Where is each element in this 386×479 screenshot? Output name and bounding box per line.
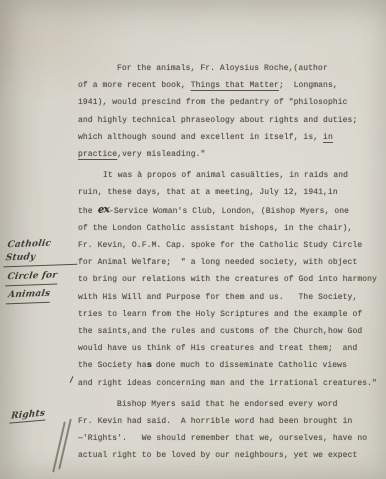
typed-line: It was à propos of animal casuälties, in…	[78, 167, 378, 184]
typed-text: of a more recent book,	[78, 81, 191, 90]
margin-note-line: Animals	[6, 288, 52, 305]
typed-line: Fr. Kevin, O.F.M. Cap. spoke for the Cat…	[78, 237, 378, 254]
typed-line: 1941), would prescind from the pedantry …	[78, 94, 378, 111]
typed-text: It was à propos of animal casuälties, in…	[103, 171, 348, 180]
handwritten-correction-ex: ex	[97, 201, 110, 219]
typed-text: for Animal Welfare; " a long needed soci…	[78, 258, 357, 267]
typed-text: the	[78, 207, 98, 216]
typed-line: of the London Catholic assistant bishops…	[78, 220, 378, 237]
typed-text: ; Longmans,	[279, 81, 338, 90]
paragraph-roche: For the animals, Fr. Aloysius Roche,(aut…	[78, 60, 378, 163]
typed-text: ,very misleading."	[117, 150, 205, 159]
typed-text: For the animals, Fr. Aloysius Roche,(aut…	[117, 64, 328, 73]
typed-text: which although sound and excellent in it…	[78, 133, 323, 142]
typed-line: with His Will and Purpose for them and u…	[78, 289, 378, 306]
insertion-mark	[70, 376, 74, 383]
typed-line: the Society has done much to disseminate…	[78, 357, 378, 374]
typed-line: ruin, these days, that at a meeting, Jul…	[78, 184, 378, 201]
margin-note-study-circle: Catholic Study Circle for Animals	[5, 237, 81, 308]
underlined-text: in	[323, 133, 333, 142]
manuscript-page: For the animals, Fr. Aloysius Roche,(aut…	[0, 0, 386, 479]
underlined-title: Things that Matter	[191, 81, 279, 90]
typed-text: -Service Woman's Club, London, (Bishop M…	[109, 207, 349, 216]
typed-text: would have us think of His creatures and…	[78, 344, 357, 353]
typed-text: actual right to be loved by our neighbou…	[78, 451, 357, 460]
typed-text: ruin, these days, that at a meeting, Jul…	[78, 188, 338, 197]
typed-line: would have us think of His creatures and…	[78, 340, 378, 357]
typed-text: Fr. Kevin had said. A horrible word had …	[78, 417, 352, 426]
typed-line: the ex-Service Woman's Club, London, (Bi…	[78, 202, 378, 220]
typed-text: 1941), would prescind from the pedantry …	[78, 98, 348, 107]
typed-line: for Animal Welfare; " a long needed soci…	[78, 254, 378, 271]
typed-line: Bishop Myers said that he endorsed every…	[78, 396, 378, 413]
margin-note-rights: Rights	[9, 408, 46, 427]
typed-text: and highly technical phraseology about r…	[78, 116, 357, 125]
typed-line: tries to learn from the Holy Scriptures …	[78, 306, 378, 323]
typed-line: which although sound and excellent in it…	[78, 129, 378, 146]
typed-line: and highly technical phraseology about r…	[78, 112, 378, 129]
typed-text: the saints,and the rules and customs of …	[78, 327, 362, 336]
typed-line: —'Rights'. We should remember that we, o…	[78, 430, 378, 447]
margin-note-line: Rights	[9, 408, 46, 423]
paragraph-bishop: Bishop Myers said that he endorsed every…	[78, 396, 378, 465]
typed-line: and right ideas concerning man and the i…	[78, 375, 378, 392]
underlined-text: practice	[78, 150, 117, 159]
typed-text: —'Rights'. We should remember that we, o…	[78, 434, 367, 443]
margin-note-line: Catholic Study	[3, 237, 81, 268]
typed-text: tries to learn from the Holy Scriptures …	[78, 310, 362, 319]
typed-text: the Society ha	[78, 361, 147, 370]
paragraph-meeting: It was à propos of animal casuälties, in…	[78, 167, 378, 392]
typed-text: Fr. Kevin, O.F.M. Cap. spoke for the Cat…	[78, 241, 362, 250]
typed-text: Bishop Myers said that he endorsed every…	[117, 400, 338, 409]
typed-text: of the London Catholic assistant bishops…	[78, 224, 352, 233]
typed-line: of a more recent book, Things that Matte…	[78, 77, 378, 94]
typed-text: with His Will and Purpose for them and u…	[78, 293, 357, 302]
typed-text: done much to disseminate Catholic views	[151, 361, 347, 370]
typed-text: to bring our relations with the creature…	[78, 275, 377, 284]
typed-line: Fr. Kevin had said. A horrible word had …	[78, 413, 378, 430]
typed-line: the saints,and the rules and customs of …	[78, 323, 378, 340]
typed-line: actual right to be loved by our neighbou…	[78, 447, 378, 464]
typescript-body: For the animals, Fr. Aloysius Roche,(aut…	[78, 60, 378, 465]
typed-line: to bring our relations with the creature…	[78, 271, 378, 288]
margin-note-line: Circle for	[5, 269, 59, 286]
typed-line: practice,very misleading."	[78, 146, 378, 163]
typed-line: For the animals, Fr. Aloysius Roche,(aut…	[78, 60, 378, 77]
typed-text: and right ideas concerning man and the i…	[78, 379, 377, 388]
